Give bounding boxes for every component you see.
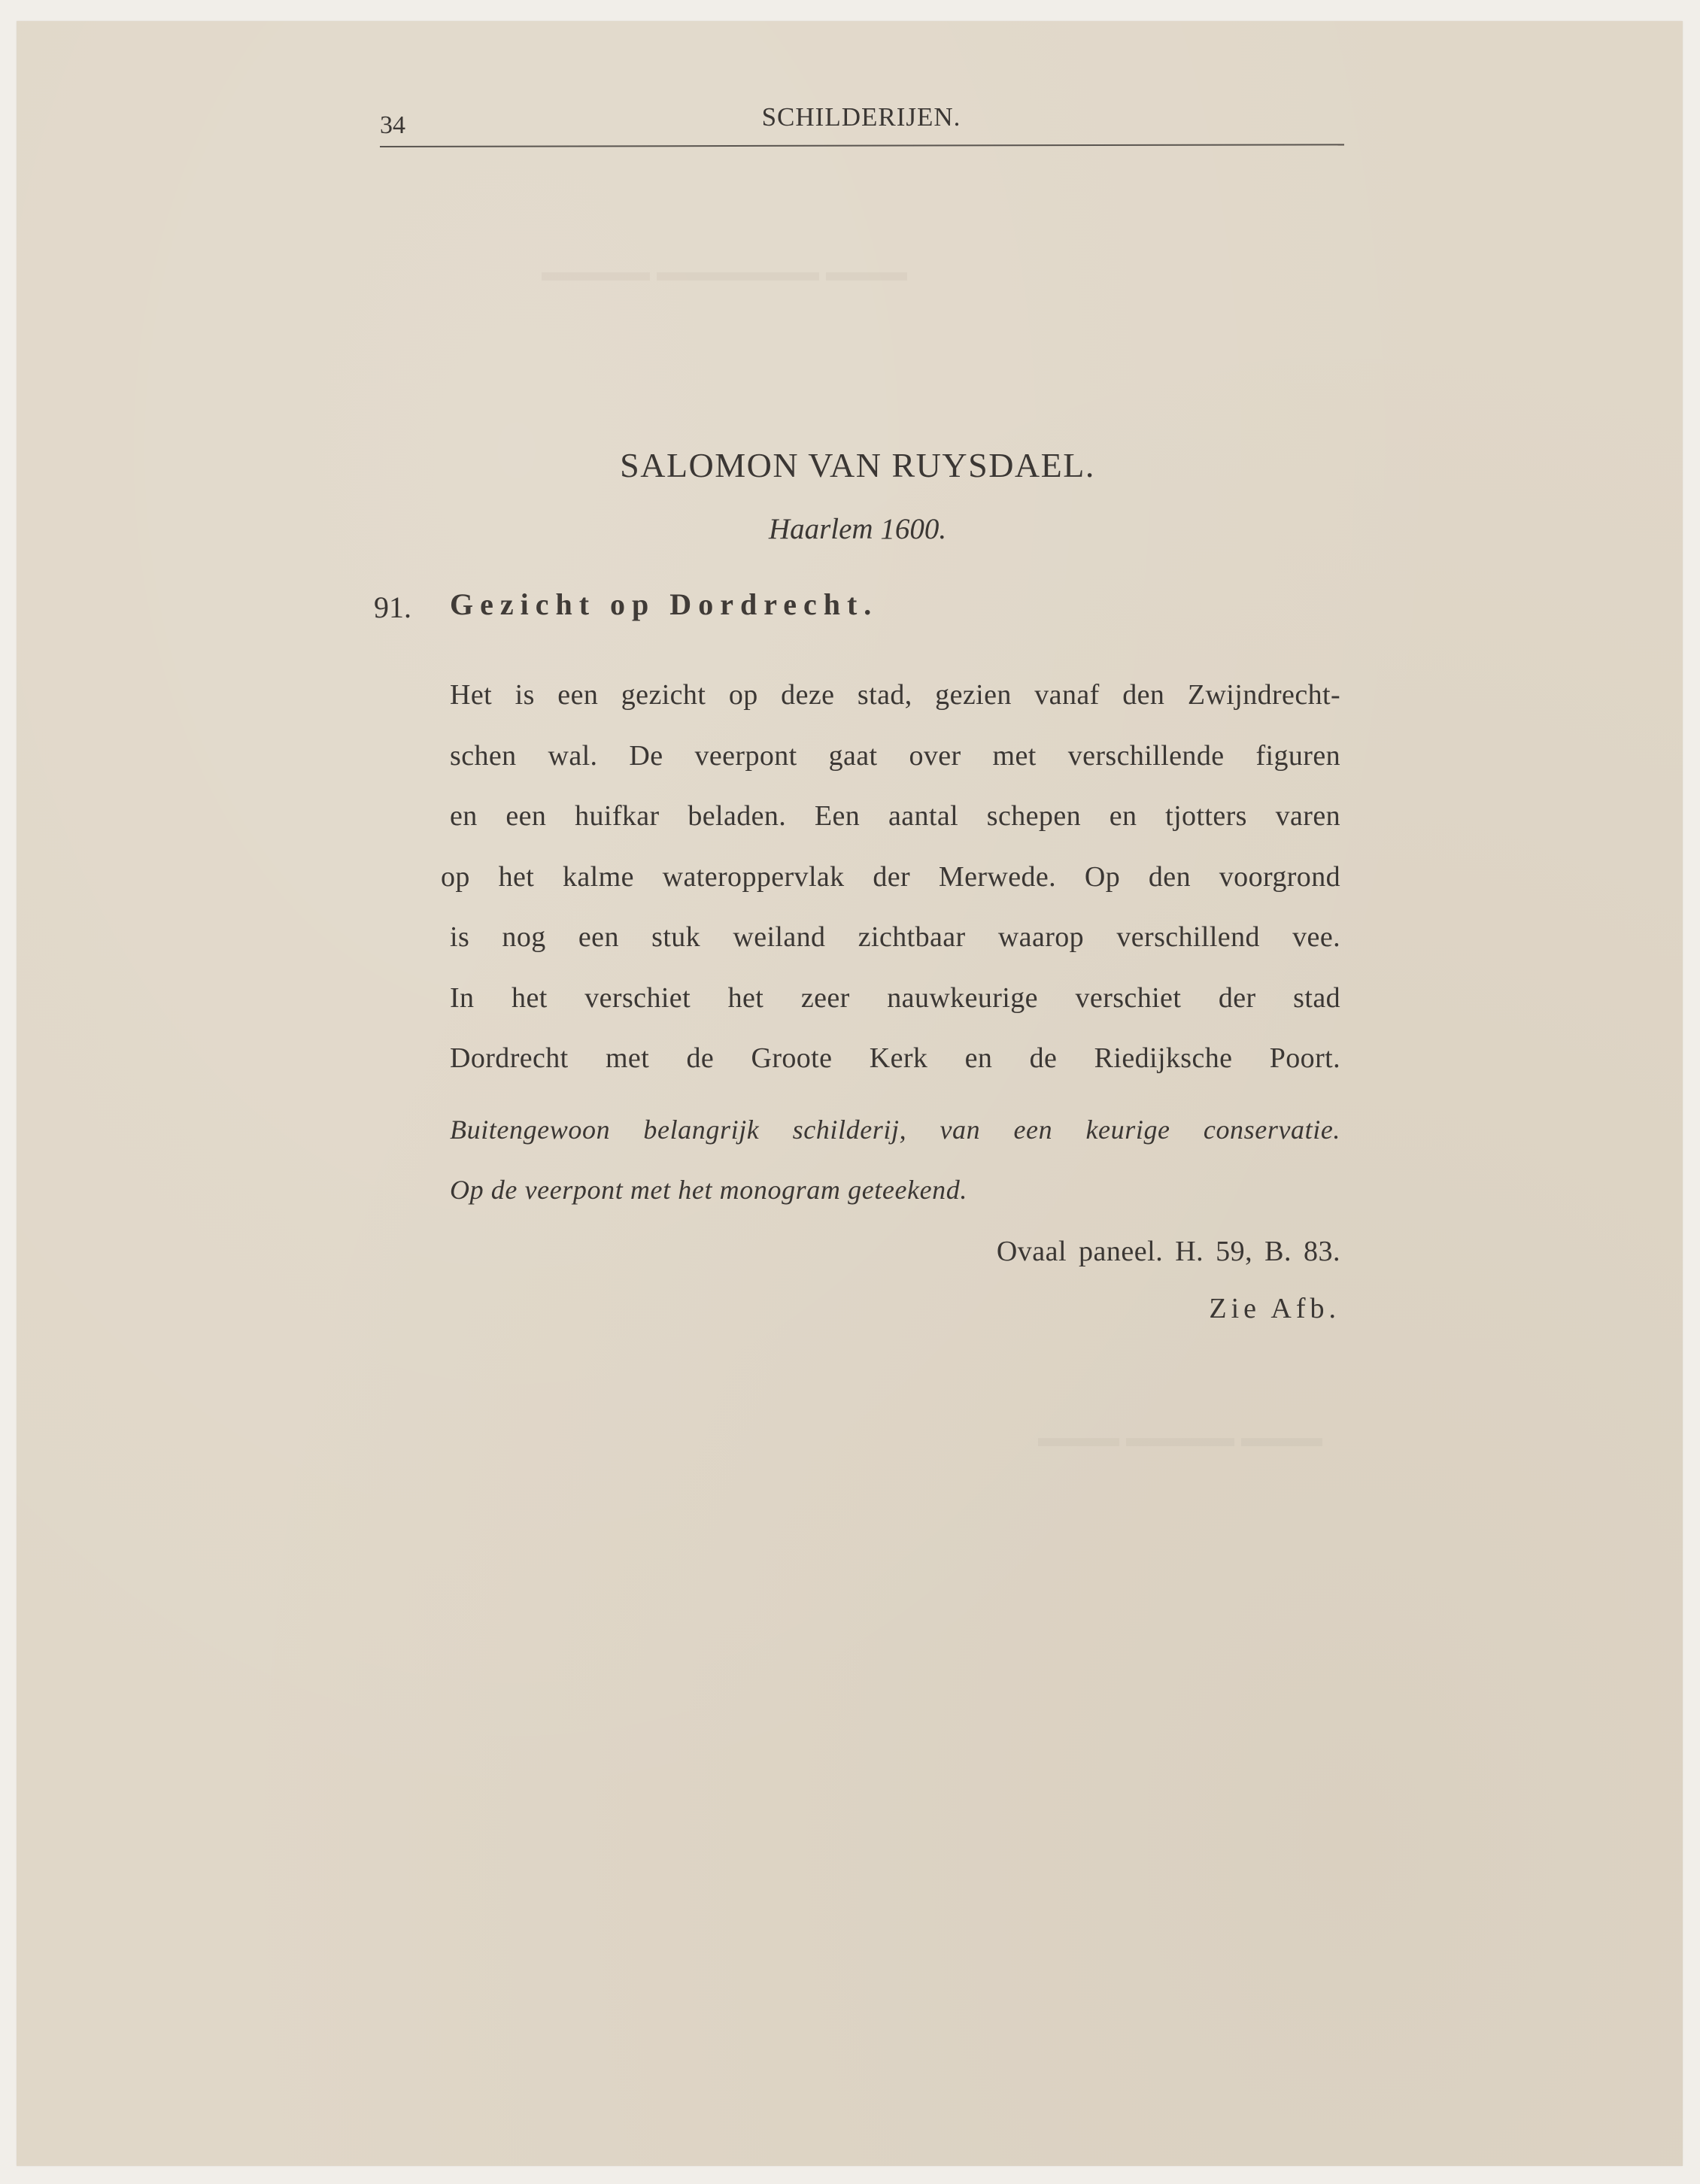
show-through-text: ▬▬▬ ▬▬▬▬ ▬▬▬ (1038, 1421, 1322, 1453)
description-line: Het is een gezicht op deze stad, gezien … (450, 665, 1340, 726)
lot-dimensions: Ovaal paneel. H. 59, B. 83. (997, 1235, 1340, 1268)
description-line: In het verschiet het zeer nauwkeurige ve… (450, 968, 1340, 1029)
remark-line: Buitengewoon belangrijk schilderij, van … (450, 1100, 1340, 1160)
description-line: Dordrecht met de Groote Kerk en de Riedi… (450, 1028, 1340, 1089)
description-line: schen wal. De veerpont gaat over met ver… (450, 726, 1340, 787)
lot-description: Het is een gezicht op deze stad, gezien … (450, 665, 1340, 1089)
lot-number: 91. (374, 591, 411, 624)
lot-title: Gezicht op Dordrecht. (450, 588, 878, 621)
artist-origin: Haarlem 1600. (0, 513, 1700, 546)
running-title: SCHILDERIJEN. (0, 104, 1700, 131)
remark-line: Op de veerpont met het monogram geteeken… (450, 1160, 1340, 1220)
catalogue-page (17, 21, 1683, 2166)
description-line: is nog een stuk weiland zichtbaar waarop… (450, 907, 1340, 968)
description-line: op het kalme wateroppervlak der Merwede.… (441, 847, 1340, 908)
show-through-text: ▬▬▬ ▬▬▬▬▬▬ ▬▬▬▬ (542, 256, 907, 287)
description-line: en een huifkar beladen. Een aantal schep… (450, 786, 1340, 847)
figure-reference: Zie Afb. (1209, 1292, 1340, 1325)
lot-remarks: Buitengewoon belangrijk schilderij, van … (450, 1100, 1340, 1220)
artist-name: SALOMON VAN RUYSDAEL. (0, 447, 1700, 484)
